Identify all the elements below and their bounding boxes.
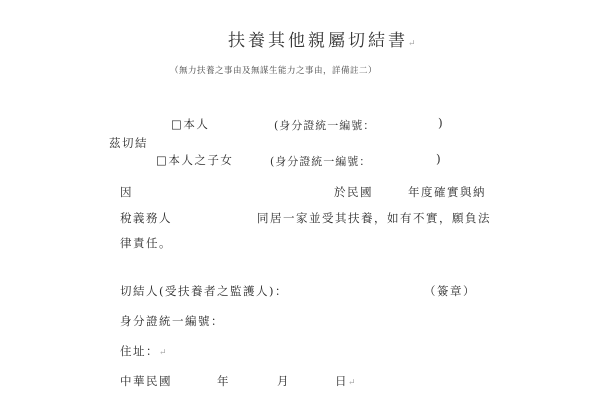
address-label: 住址： [120,344,159,358]
checkbox-self[interactable]: □ [171,117,183,131]
paragraph-mark-icon: ↵ [348,378,356,388]
date-month: 月 [277,373,290,389]
date-era: 中華民國 [120,373,172,389]
checkbox-children[interactable]: □ [156,153,168,167]
address-line: 住址：↵ [120,343,167,359]
option-self: □本人 [171,116,209,132]
document-title: 扶養其他親屬切結書↵ [228,26,416,51]
signer-id-label: 身分證統一編號： [120,313,224,329]
option-children-id-close: ) [436,152,441,166]
declarant-label: 切結人(受扶養者之監護人)： [120,283,288,299]
paragraph-mark-icon: ↵ [408,39,416,49]
option-children-id-label: (身分證統一編號： [270,153,371,169]
date-year: 年 [217,373,230,389]
paragraph-mark-icon: ↵ [159,348,167,358]
document-title-text: 扶養其他親屬切結書 [228,31,408,51]
declaration-lead: 茲切結 [109,135,148,151]
statement-line1-mid: 於民國 [334,184,373,200]
option-self-label: 本人 [183,117,209,131]
date-day: 日 [335,374,348,388]
statement-line1-end: 年度確實與納 [408,184,486,200]
option-self-id-close: ) [438,116,443,130]
statement-line2-start: 稅義務人 [120,210,172,226]
option-self-id-label: (身分證統一編號： [274,117,375,133]
option-children-label: 本人之子女 [168,153,233,167]
statement-line2-end: 同居一家並受其扶養，如有不實，願負法 [257,210,491,226]
document-subtitle: （無力扶養之事由及無謀生能力之事由，詳備註二） [170,64,377,76]
seal-label: （簽章） [424,283,476,299]
statement-line3: 律責任。 [120,235,172,251]
statement-line1-start: 因 [120,184,133,200]
option-children: □本人之子女 [156,152,233,168]
date-day-line: 日↵ [335,373,356,389]
